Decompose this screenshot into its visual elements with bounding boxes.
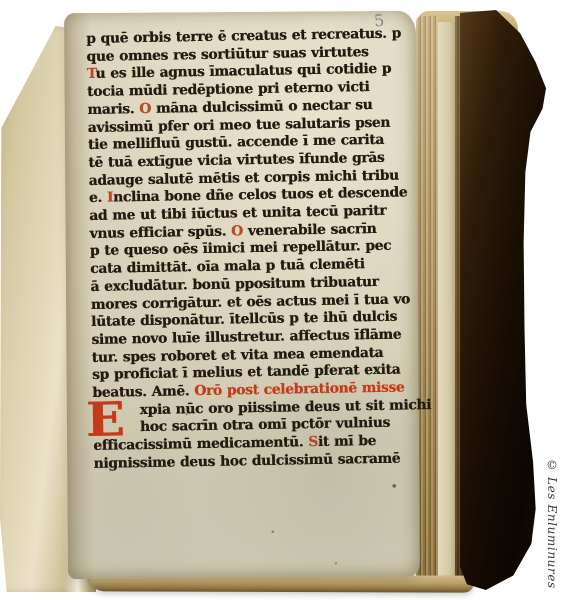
manuscript-text: E p quē orbis terre ē creatus et recreat… [86,25,424,473]
text-segment: e. [89,190,107,206]
copyright-credit: © Les Enluminures [545,458,559,600]
text-segment: it mī be [318,433,376,450]
text-segment: hoc sacrīn otra omī pctōr vulnius [140,415,390,435]
manuscript-photo: 5 E p quē orbis terre ē creatus et recre… [0,0,579,600]
text-segment: venerabile sacrīn [243,221,377,239]
fore-edge-pages-light [438,22,455,576]
text-segment: vnus efficiar spūs. [89,223,231,241]
text-segment: O [231,223,243,239]
text-segment: T [87,66,96,82]
book-cover [460,10,546,590]
drop-cap-initial: E [85,396,140,447]
text-segment: S [308,434,318,450]
text-segment: maris. [87,101,139,118]
text-segment: O [139,101,151,117]
text-segment: māna dulcissimū o nectar su [151,97,373,117]
folio-number: 5 [373,11,385,31]
text-segment: Orō post celebrationē misse [194,380,404,400]
